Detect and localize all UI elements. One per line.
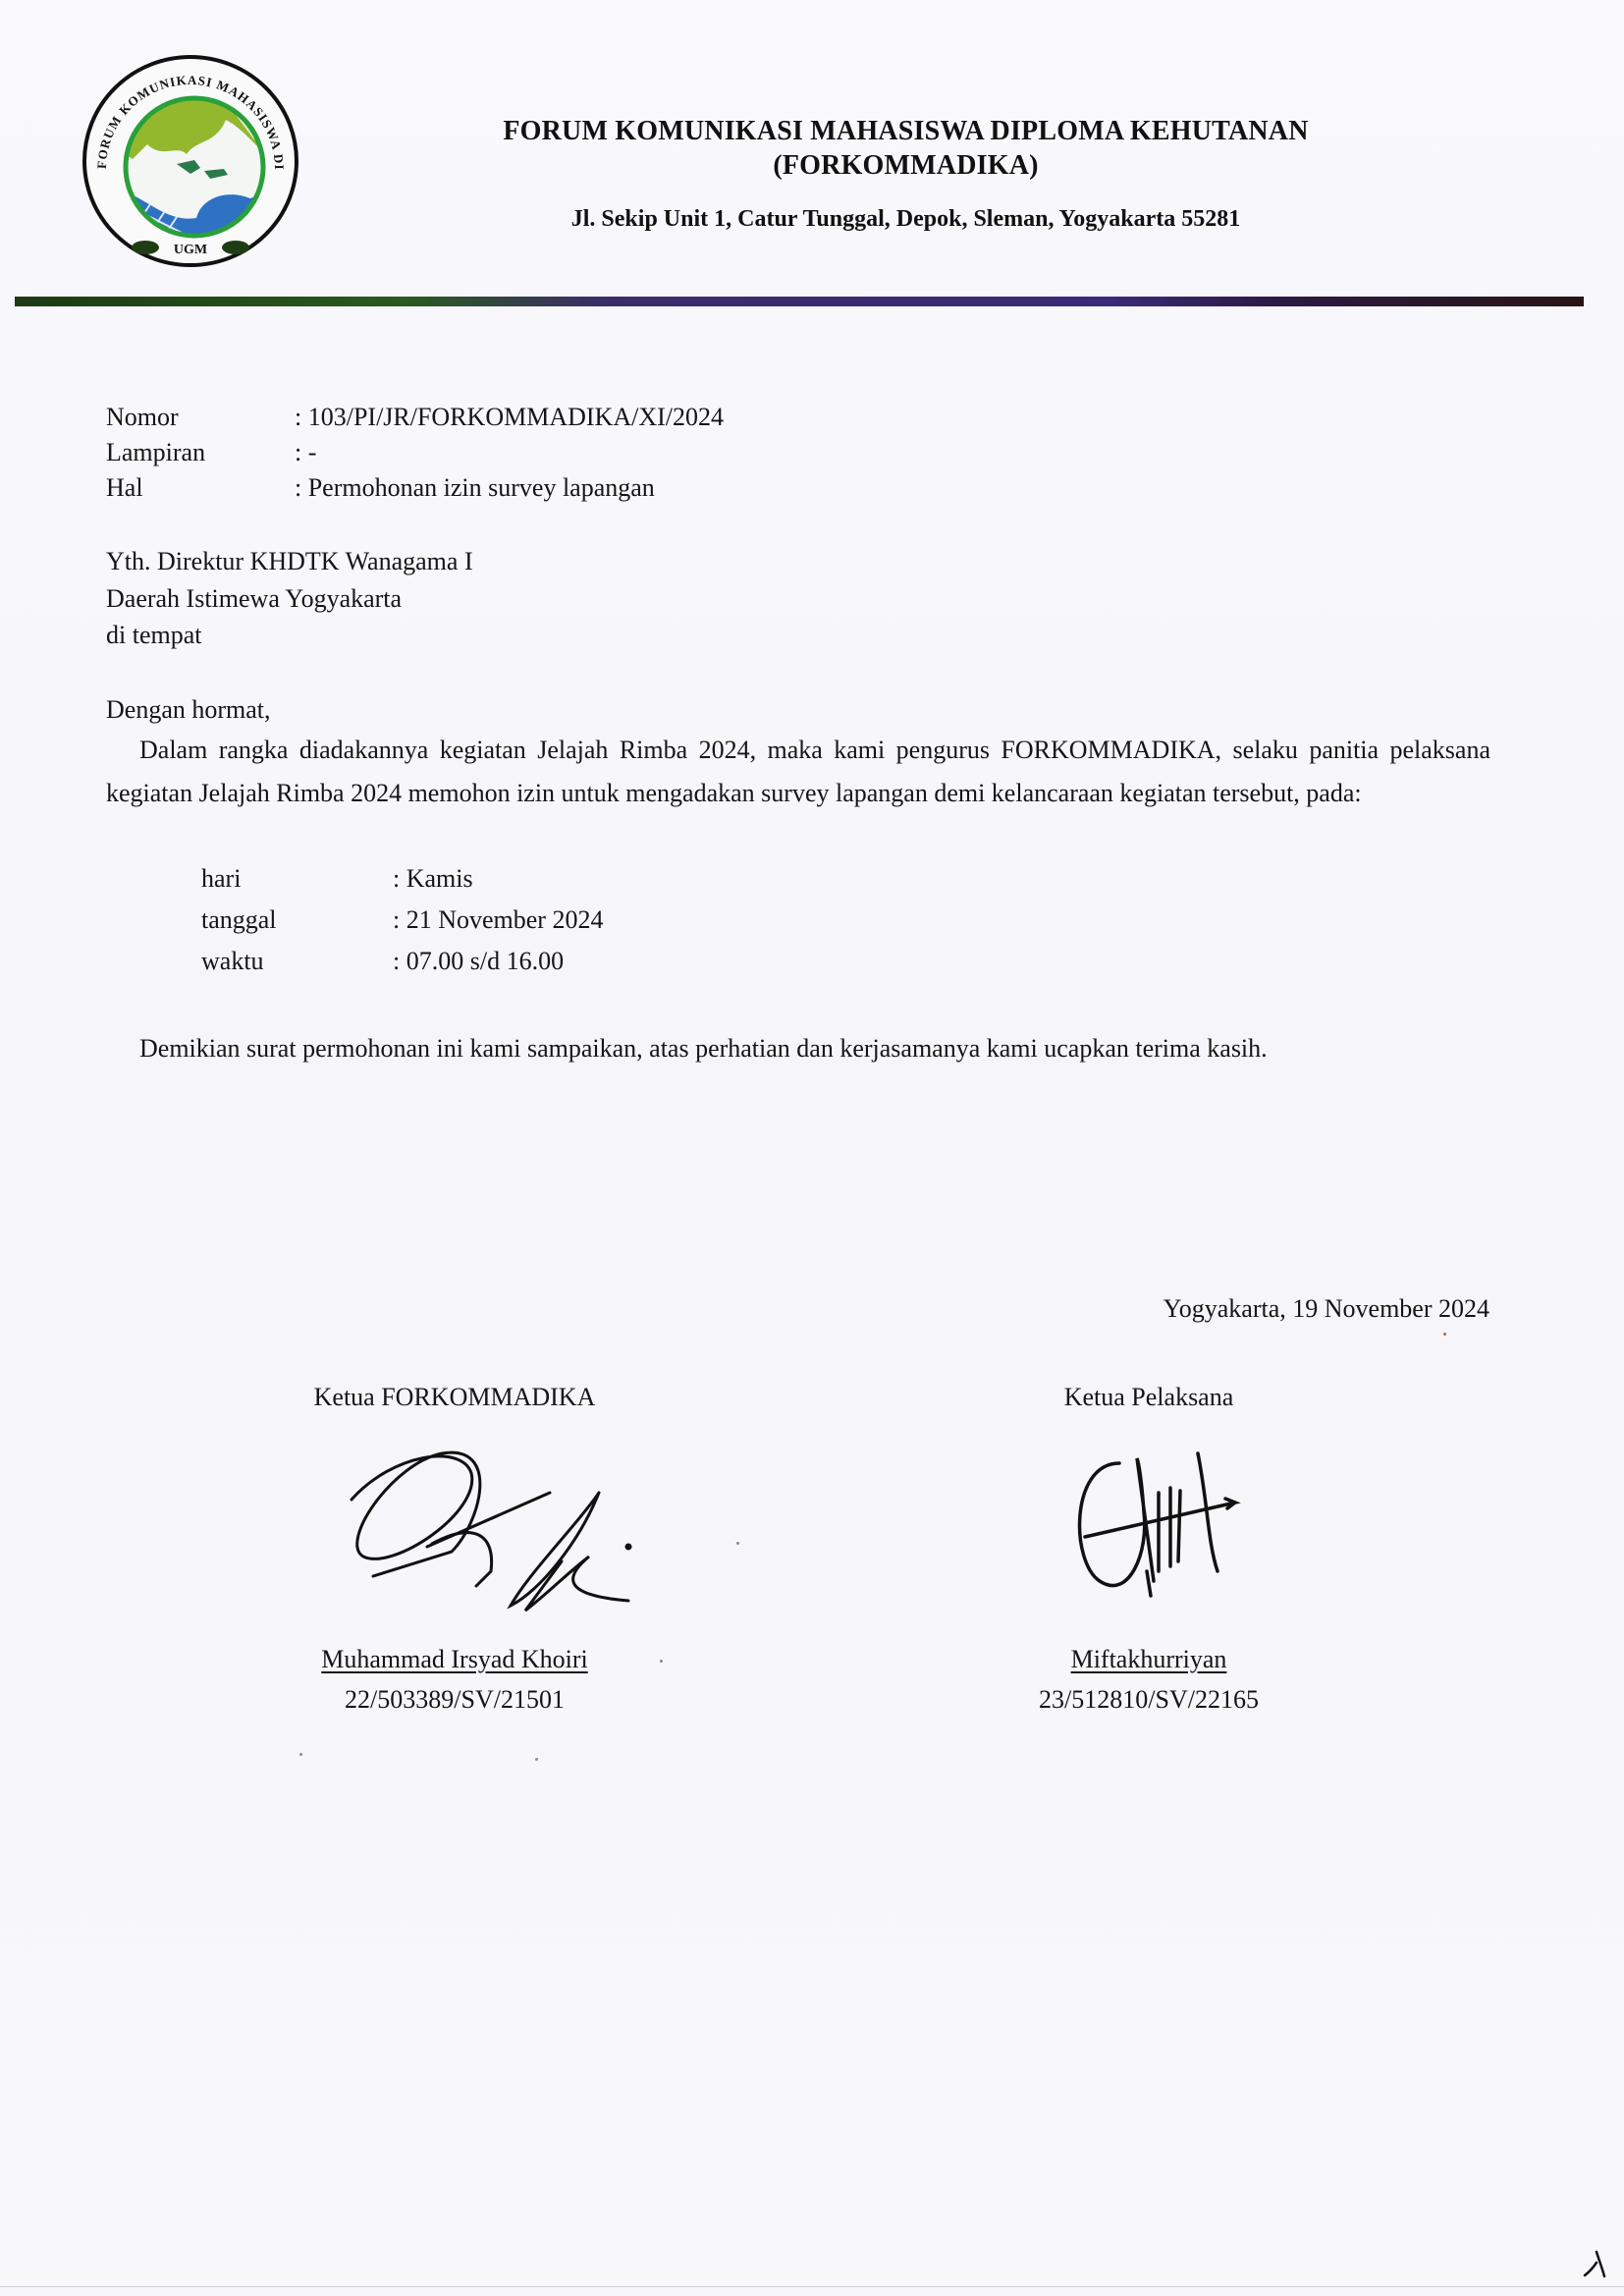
signatory-role-chair: Ketua FORKOMMADIKA [229, 1385, 680, 1410]
signatory-id-organizer: 23/512810/SV/22165 [923, 1687, 1375, 1713]
detail-label-day: hari [201, 866, 241, 892]
scan-speck [1443, 1333, 1446, 1336]
signatory-id-chair: 22/503389/SV/21501 [229, 1687, 680, 1713]
scan-speck [535, 1758, 538, 1761]
scan-speck [299, 1753, 302, 1756]
reference-label-subject: Hal [106, 475, 143, 501]
detail-value-time: : 07.00 s/d 16.00 [393, 949, 564, 974]
scan-speck [660, 1660, 663, 1663]
reference-label-number: Nomor [106, 405, 179, 430]
letter-page: FORUM KOMUNIKASI MAHASISWA DIPLOMA KEHUT… [0, 0, 1624, 2287]
signatory-name-organizer: Miftakhurriyan [923, 1647, 1375, 1672]
signature-chair-icon [334, 1434, 648, 1640]
organization-address: Jl. Sekip Unit 1, Catur Tunggal, Depok, … [412, 206, 1399, 233]
letterhead-divider [15, 297, 1584, 306]
corner-initial-icon [1583, 2249, 1608, 2278]
body-paragraph-request: Dalam rangka diadakannya kegiatan Jelaja… [106, 729, 1490, 815]
recipient-line: Yth. Direktur KHDTK Wanagama I [106, 549, 473, 574]
signature-organizer-icon [1060, 1444, 1247, 1611]
reference-value-number: : 103/PI/JR/FORKOMMADIKA/XI/2024 [295, 405, 724, 430]
scan-speck [736, 1542, 739, 1545]
reference-value-subject: : Permohonan izin survey lapangan [295, 475, 655, 501]
detail-label-date: tanggal [201, 907, 277, 933]
signatory-name-chair: Muhammad Irsyad Khoiri [229, 1647, 680, 1672]
logo-badge-text: UGM [174, 243, 207, 257]
detail-label-time: waktu [201, 949, 264, 974]
organization-logo-icon: FORUM KOMUNIKASI MAHASISWA DIPLOMA KEHUT… [79, 51, 302, 269]
reference-value-attachment: : - [295, 440, 316, 465]
recipient-line: di tempat [106, 623, 201, 648]
detail-value-day: : Kamis [393, 866, 473, 892]
recipient-line: Daerah Istimewa Yogyakarta [106, 586, 402, 612]
reference-label-attachment: Lampiran [106, 440, 205, 465]
organization-acronym: (FORKOMMADIKA) [412, 150, 1399, 182]
detail-value-date: : 21 November 2024 [393, 907, 603, 933]
greeting: Dengan hormat, [106, 697, 271, 723]
place-date: Yogyakarta, 19 November 2024 [1021, 1296, 1489, 1322]
signatory-role-organizer: Ketua Pelaksana [923, 1385, 1375, 1410]
body-paragraph-closing: Demikian surat permohonan ini kami sampa… [106, 1027, 1490, 1070]
organization-name: FORUM KOMUNIKASI MAHASISWA DIPLOMA KEHUT… [412, 116, 1399, 147]
